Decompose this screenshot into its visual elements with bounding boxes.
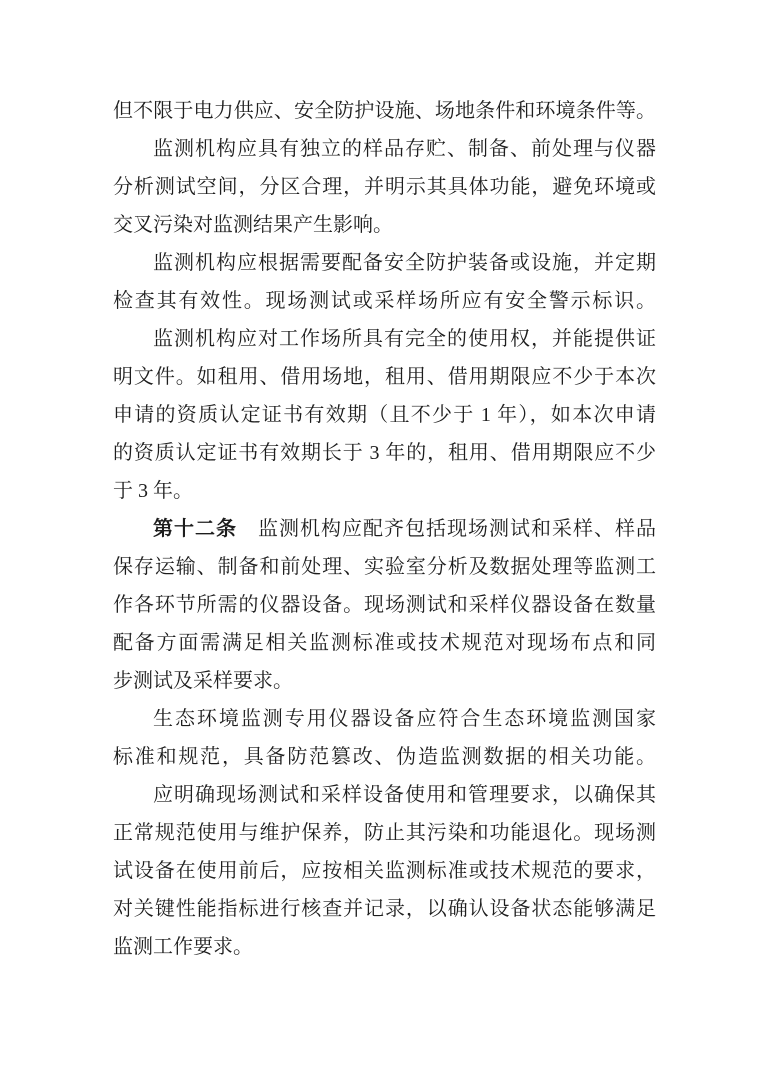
text-segment: 的资质认定证书有效期长于 3 年的，租用、借用期限应不少 bbox=[113, 442, 656, 464]
document-page: 但不限于电力供应、安全防护设施、场地条件和环境条件等。监测机构应具有独立的样品存… bbox=[0, 0, 762, 1078]
text-segment: 对关键性能指标进行核查并记录，以确认设备状态能够满足 bbox=[113, 898, 656, 920]
text-line: 监测机构应具有独立的样品存贮、制备、前处理与仪器 bbox=[113, 130, 656, 168]
text-line: 保存运输、制备和前处理、实验室分析及数据处理等监测工 bbox=[113, 548, 656, 586]
para-special-instruments: 生态环境监测专用仪器设备应符合生态环境监测国家标准和规范，具备防范篡改、伪造监测… bbox=[113, 700, 656, 776]
text-line: 试设备在使用前后，应按相关监测标准或技术规范的要求， bbox=[113, 852, 656, 890]
text-segment: 但不限于电力供应、安全防护设施、场地条件和环境条件等。 bbox=[113, 100, 656, 122]
para-field-equipment-management: 应明确现场测试和采样设备使用和管理要求，以确保其正常规范使用与维护保养，防止其污… bbox=[113, 776, 656, 966]
text-segment: 监测机构应根据需要配备安全防护装备或设施，并定期 bbox=[153, 252, 656, 274]
text-segment: 应明确现场测试和采样设备使用和管理要求，以确保其 bbox=[153, 784, 656, 806]
text-segment: 保存运输、制备和前处理、实验室分析及数据处理等监测工 bbox=[113, 556, 656, 578]
text-line: 配备方面需满足相关监测标准或技术规范对现场布点和同 bbox=[113, 624, 656, 662]
para-premises-right-of-use: 监测机构应对工作场所具有完全的使用权，并能提供证明文件。如租用、借用场地，租用、… bbox=[113, 320, 656, 510]
text-line: 检查其有效性。现场测试或采样场所应有安全警示标识。 bbox=[113, 282, 656, 320]
para-safety-equipment: 监测机构应根据需要配备安全防护装备或设施，并定期检查其有效性。现场测试或采样场所… bbox=[113, 244, 656, 320]
text-line: 标准和规范，具备防范篡改、伪造监测数据的相关功能。 bbox=[113, 738, 656, 776]
text-segment: 步测试及采样要求。 bbox=[113, 670, 293, 692]
text-segment: 作各环节所需的仪器设备。现场测试和采样仪器设备在数量 bbox=[113, 594, 656, 616]
text-line: 分析测试空间，分区合理，并明示其具体功能，避免环境或 bbox=[113, 168, 656, 206]
text-segment: 监测机构应对工作场所具有完全的使用权，并能提供证 bbox=[153, 328, 656, 350]
text-line: 但不限于电力供应、安全防护设施、场地条件和环境条件等。 bbox=[113, 92, 656, 130]
text-segment: 明文件。如租用、借用场地，租用、借用期限应不少于本次 bbox=[113, 366, 656, 388]
text-segment: 试设备在使用前后，应按相关监测标准或技术规范的要求， bbox=[113, 860, 656, 882]
text-segment: 交叉污染对监测结果产生影响。 bbox=[113, 214, 393, 236]
text-line: 对关键性能指标进行核查并记录，以确认设备状态能够满足 bbox=[113, 890, 656, 928]
text-line: 监测机构应对工作场所具有完全的使用权，并能提供证 bbox=[113, 320, 656, 358]
text-line: 生态环境监测专用仪器设备应符合生态环境监测国家 bbox=[113, 700, 656, 738]
text-line: 的资质认定证书有效期长于 3 年的，租用、借用期限应不少 bbox=[113, 434, 656, 472]
text-line: 步测试及采样要求。 bbox=[113, 662, 656, 700]
para-continuation-facilities: 但不限于电力供应、安全防护设施、场地条件和环境条件等。 bbox=[113, 92, 656, 130]
text-line: 监测机构应根据需要配备安全防护装备或设施，并定期 bbox=[113, 244, 656, 282]
article-number-label: 第十二条 bbox=[153, 518, 237, 540]
text-segment: 申请的资质认定证书有效期（且不少于 1 年），如本次申请 bbox=[113, 404, 656, 426]
text-line: 第十二条 监测机构应配齐包括现场测试和采样、样品 bbox=[113, 510, 656, 548]
text-segment: 正常规范使用与维护保养，防止其污染和功能退化。现场测 bbox=[113, 822, 656, 844]
para-independent-workspace: 监测机构应具有独立的样品存贮、制备、前处理与仪器分析测试空间，分区合理，并明示其… bbox=[113, 130, 656, 244]
text-line: 作各环节所需的仪器设备。现场测试和采样仪器设备在数量 bbox=[113, 586, 656, 624]
document-body: 但不限于电力供应、安全防护设施、场地条件和环境条件等。监测机构应具有独立的样品存… bbox=[113, 92, 656, 966]
text-segment: 生态环境监测专用仪器设备应符合生态环境监测国家 bbox=[153, 708, 656, 730]
text-segment: 监测机构应具有独立的样品存贮、制备、前处理与仪器 bbox=[153, 138, 656, 160]
text-line: 于 3 年。 bbox=[113, 472, 656, 510]
text-segment: 标准和规范，具备防范篡改、伪造监测数据的相关功能。 bbox=[113, 746, 656, 768]
text-line: 应明确现场测试和采样设备使用和管理要求，以确保其 bbox=[113, 776, 656, 814]
text-line: 申请的资质认定证书有效期（且不少于 1 年），如本次申请 bbox=[113, 396, 656, 434]
text-segment: 监测工作要求。 bbox=[113, 936, 253, 958]
text-segment: 分析测试空间，分区合理，并明示其具体功能，避免环境或 bbox=[113, 176, 656, 198]
text-segment: 于 3 年。 bbox=[113, 480, 193, 502]
text-line: 明文件。如租用、借用场地，租用、借用期限应不少于本次 bbox=[113, 358, 656, 396]
text-segment: 检查其有效性。现场测试或采样场所应有安全警示标识。 bbox=[113, 290, 656, 312]
text-line: 监测工作要求。 bbox=[113, 928, 656, 966]
text-line: 交叉污染对监测结果产生影响。 bbox=[113, 206, 656, 244]
text-line: 正常规范使用与维护保养，防止其污染和功能退化。现场测 bbox=[113, 814, 656, 852]
para-article-12: 第十二条 监测机构应配齐包括现场测试和采样、样品保存运输、制备和前处理、实验室分… bbox=[113, 510, 656, 700]
text-segment: 监测机构应配齐包括现场测试和采样、样品 bbox=[237, 518, 656, 540]
text-segment: 配备方面需满足相关监测标准或技术规范对现场布点和同 bbox=[113, 632, 656, 654]
